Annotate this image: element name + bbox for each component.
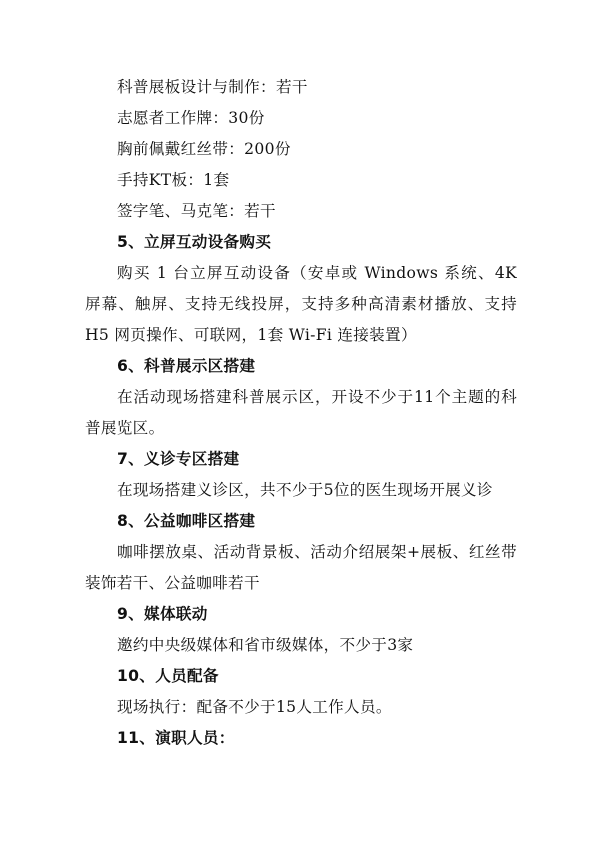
section-heading: 9、媒体联动 xyxy=(85,599,517,630)
section-heading: 5、立屏互动设备购买 xyxy=(85,227,517,258)
document-page: 科普展板设计与制作：若干 志愿者工作牌：30份 胸前佩戴红丝带：200份 手持K… xyxy=(85,72,517,754)
section-body: 在现场搭建义诊区，共不少于5位的医生现场开展义诊 xyxy=(85,475,517,506)
section-body: 咖啡摆放桌、活动背景板、活动介绍展架+展板、红丝带装饰若干、公益咖啡若干 xyxy=(85,537,517,599)
section-heading: 8、公益咖啡区搭建 xyxy=(85,506,517,537)
material-item: 科普展板设计与制作：若干 xyxy=(85,72,517,103)
material-item: 签字笔、马克笔：若干 xyxy=(85,196,517,227)
material-item: 志愿者工作牌：30份 xyxy=(85,103,517,134)
section-body: 现场执行：配备不少于15人工作人员。 xyxy=(85,692,517,723)
section-heading: 7、义诊专区搭建 xyxy=(85,444,517,475)
section-heading: 10、人员配备 xyxy=(85,661,517,692)
section-body: 在活动现场搭建科普展示区，开设不少于11个主题的科普展览区。 xyxy=(85,382,517,444)
material-item: 胸前佩戴红丝带：200份 xyxy=(85,134,517,165)
section-body: 邀约中央级媒体和省市级媒体，不少于3家 xyxy=(85,630,517,661)
section-heading: 6、科普展示区搭建 xyxy=(85,351,517,382)
section-body: 购买 1 台立屏互动设备（安卓或 Windows 系统、4K 屏幕、触屏、支持无… xyxy=(85,258,517,351)
section-heading: 11、演职人员： xyxy=(85,723,517,754)
material-item: 手持KT板：1套 xyxy=(85,165,517,196)
